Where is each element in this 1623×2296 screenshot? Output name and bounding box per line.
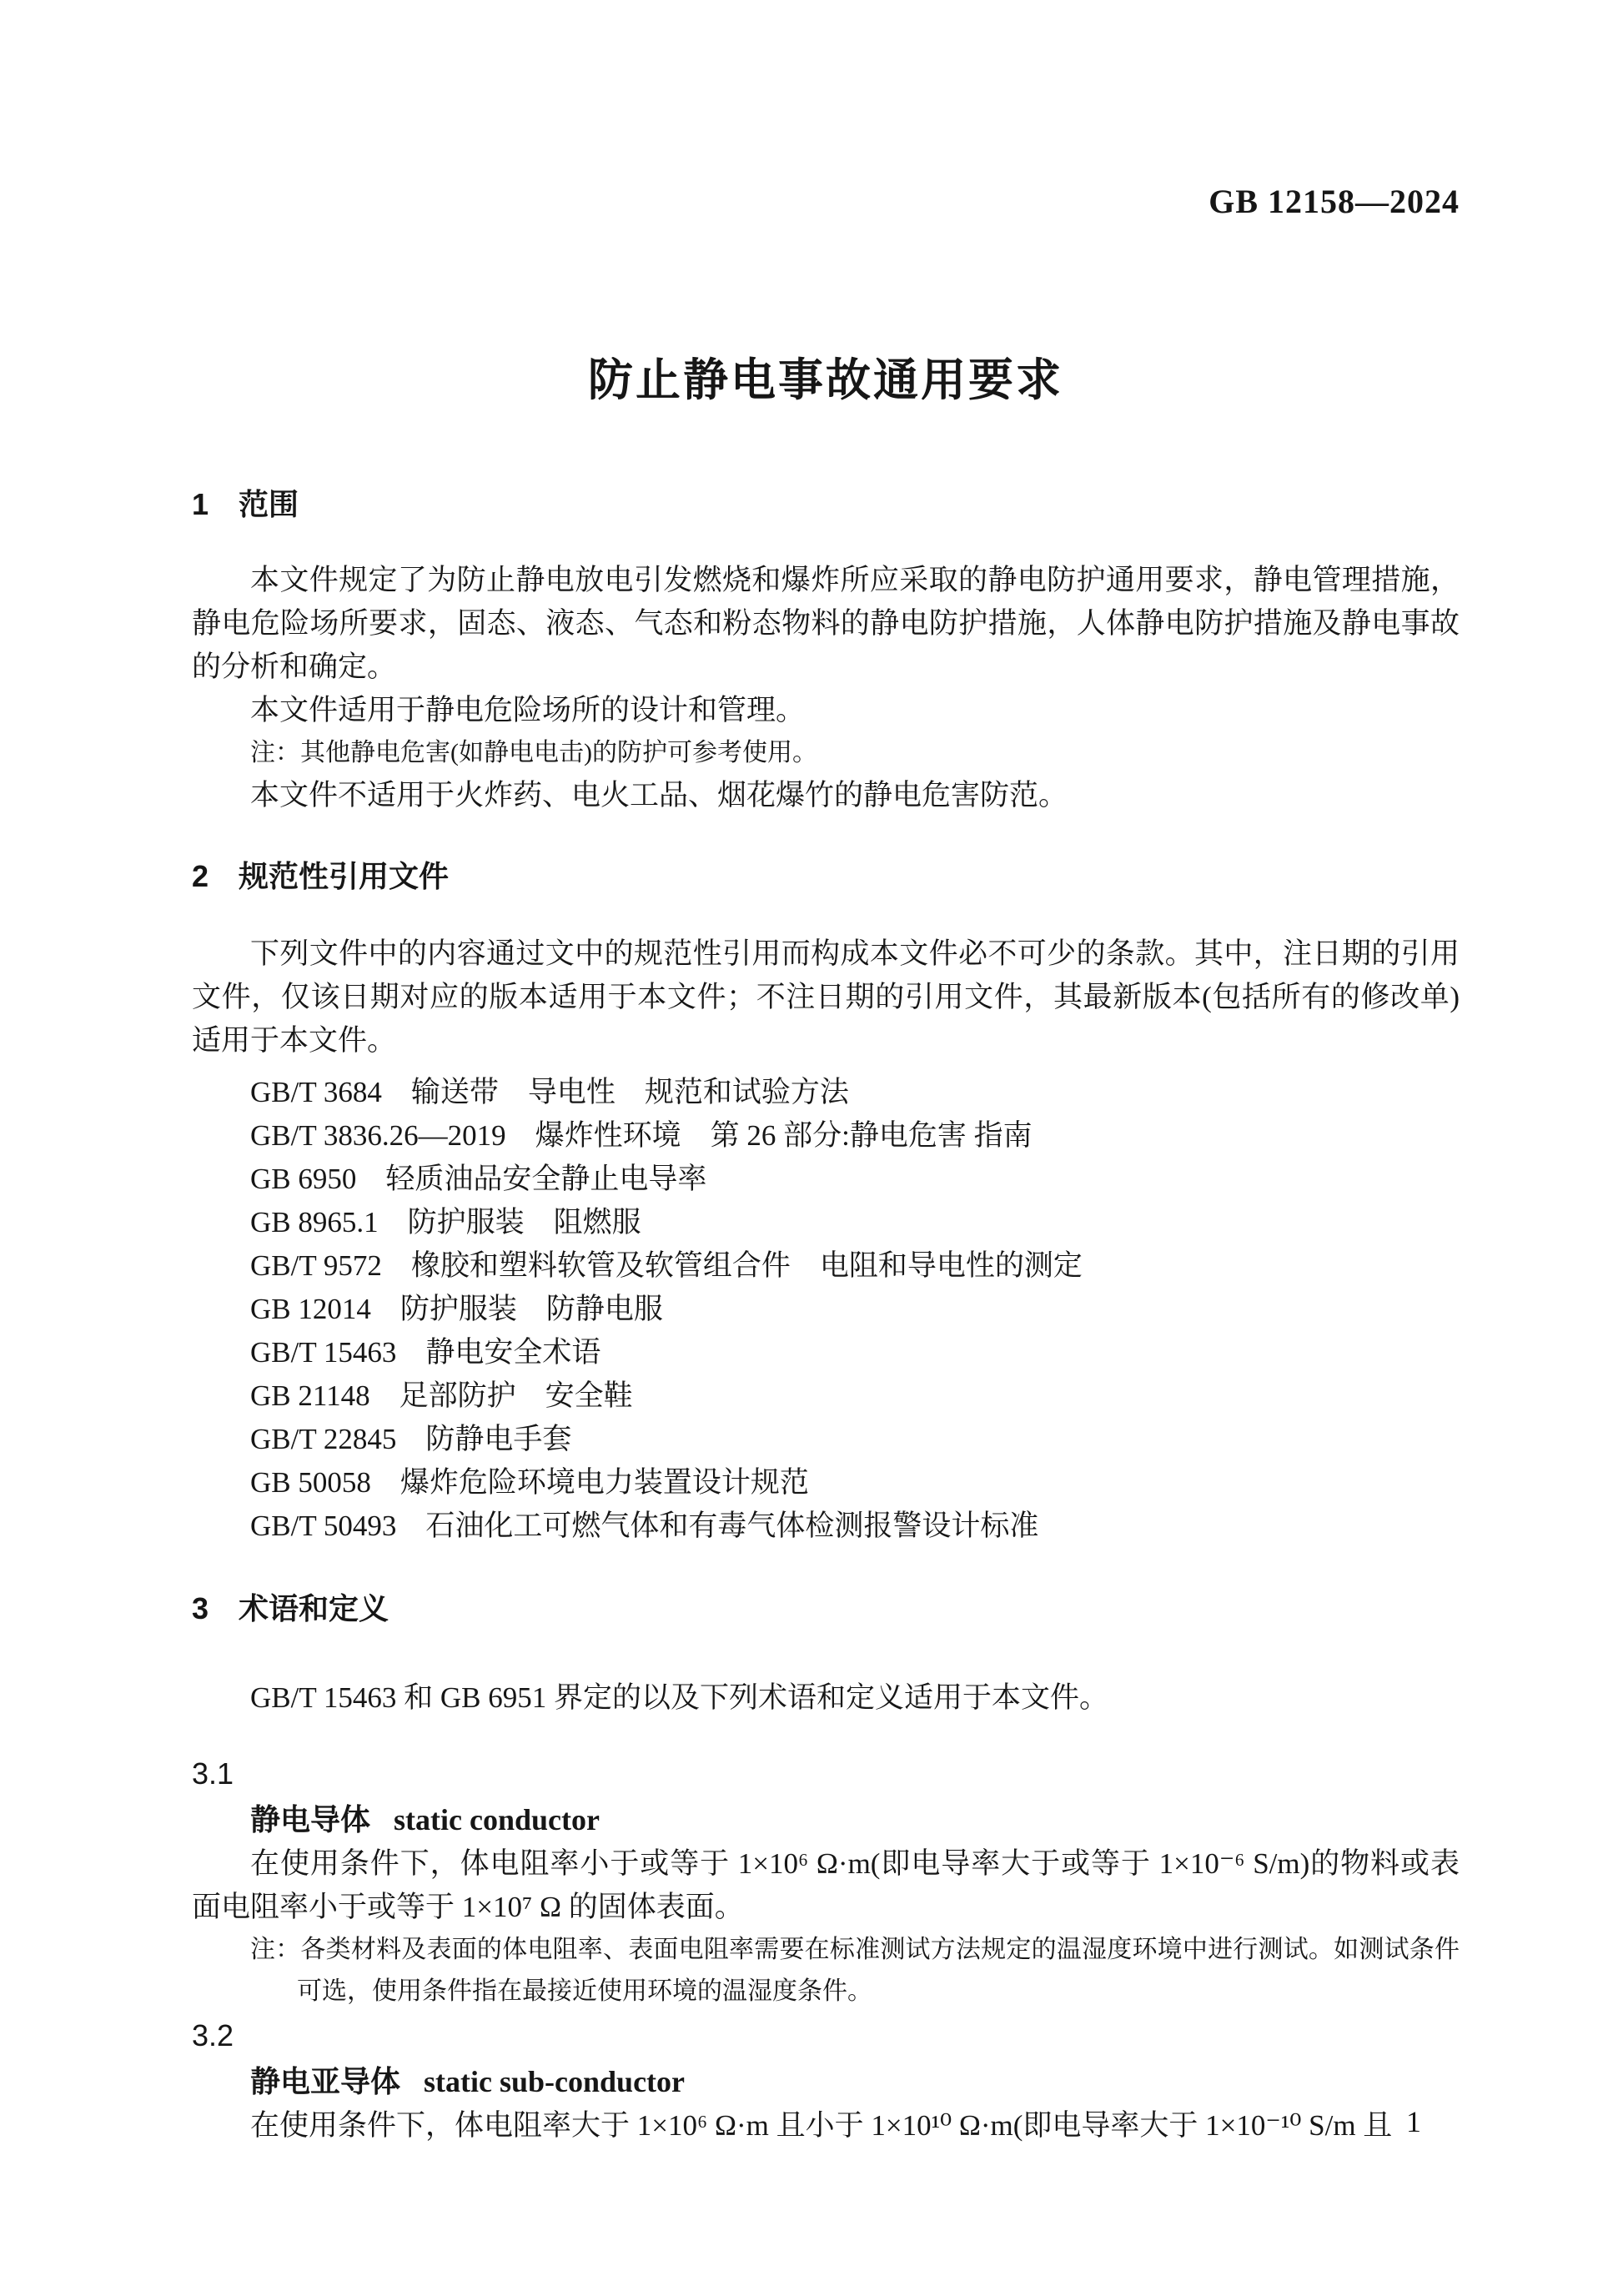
reference-item: GB/T 15463 静电安全术语 <box>192 1331 1460 1374</box>
reference-item: GB/T 3684 输送带 导电性 规范和试验方法 <box>192 1071 1460 1114</box>
term-3-1-zh: 静电导体 <box>250 1802 370 1836</box>
term-3-1-definition: 在使用条件下，体电阻率小于或等于 1×10⁶ Ω·m(即电导率大于或等于 1×1… <box>192 1842 1460 1929</box>
scope-paragraph-2: 本文件适用于静电危险场所的设计和管理。 <box>192 689 1460 732</box>
scope-paragraph-1: 本文件规定了为防止静电放电引发燃烧和爆炸所应采取的静电防护通用要求，静电管理措施… <box>192 559 1460 689</box>
reference-item: GB 6950 轻质油品安全静止电导率 <box>192 1158 1460 1201</box>
term-3-2-number: 3.2 <box>192 2012 1460 2059</box>
reference-item: GB 21148 足部防护 安全鞋 <box>192 1374 1460 1418</box>
document-title: 防止静电事故通用要求 <box>192 354 1460 407</box>
normative-refs-list: GB/T 3684 输送带 导电性 规范和试验方法 GB/T 3836.26—2… <box>192 1071 1460 1548</box>
term-3-1-name: 静电导体static conductor <box>192 1797 1460 1842</box>
term-3-2-en: static sub-conductor <box>424 2065 685 2098</box>
section-1-heading: 1范围 <box>192 485 1460 524</box>
reference-item: GB/T 22845 防静电手套 <box>192 1418 1460 1461</box>
reference-item: GB/T 3836.26—2019 爆炸性环境 第 26 部分:静电危害 指南 <box>192 1114 1460 1158</box>
reference-item: GB/T 9572 橡胶和塑料软管及软管组合件 电阻和导电性的测定 <box>192 1244 1460 1288</box>
term-3-2-name: 静电亚导体static sub-conductor <box>192 2059 1460 2104</box>
term-3-1-number: 3.1 <box>192 1751 1460 1797</box>
term-3-2-definition: 在使用条件下，体电阻率大于 1×10⁶ Ω·m 且小于 1×10¹⁰ Ω·m(即… <box>192 2104 1460 2148</box>
section-3-heading: 3术语和定义 <box>192 1590 1460 1628</box>
section-2-number: 2 <box>192 857 209 896</box>
term-3-1-note: 注：各类材料及表面的体电阻率、表面电阻率需要在标准测试方法规定的温湿度环境中进行… <box>250 1929 1460 2012</box>
section-2-label: 规范性引用文件 <box>239 859 449 893</box>
section-2-heading: 2规范性引用文件 <box>192 857 1460 896</box>
standard-number-header: GB 12158—2024 <box>192 183 1460 220</box>
scope-note: 注：其他静电危害(如静电电击)的防护可参考使用。 <box>250 732 1460 774</box>
section-3-label: 术语和定义 <box>239 1591 389 1625</box>
section-3-number: 3 <box>192 1590 209 1628</box>
section-1-label: 范围 <box>239 487 299 521</box>
term-3-2-zh: 静电亚导体 <box>250 2064 400 2098</box>
reference-item: GB 50058 爆炸危险环境电力装置设计规范 <box>192 1461 1460 1505</box>
reference-item: GB 12014 防护服装 防静电服 <box>192 1288 1460 1331</box>
page-number: 1 <box>1406 2105 1421 2138</box>
section-1-number: 1 <box>192 485 209 524</box>
term-3-1-en: static conductor <box>394 1803 600 1836</box>
reference-item: GB/T 50493 石油化工可燃气体和有毒气体检测报警设计标准 <box>192 1505 1460 1548</box>
document-page: GB 12158—2024 防止静电事故通用要求 1范围 本文件规定了为防止静电… <box>0 0 1623 2296</box>
scope-paragraph-3: 本文件不适用于火炸药、电火工品、烟花爆竹的静电危害防范。 <box>192 774 1460 817</box>
terms-intro: GB/T 15463 和 GB 6951 界定的以及下列术语和定义适用于本文件。 <box>192 1675 1460 1721</box>
reference-item: GB 8965.1 防护服装 阻燃服 <box>192 1201 1460 1244</box>
normative-refs-intro: 下列文件中的内容通过文中的规范性引用而构成本文件必不可少的条款。其中，注日期的引… <box>192 932 1460 1063</box>
